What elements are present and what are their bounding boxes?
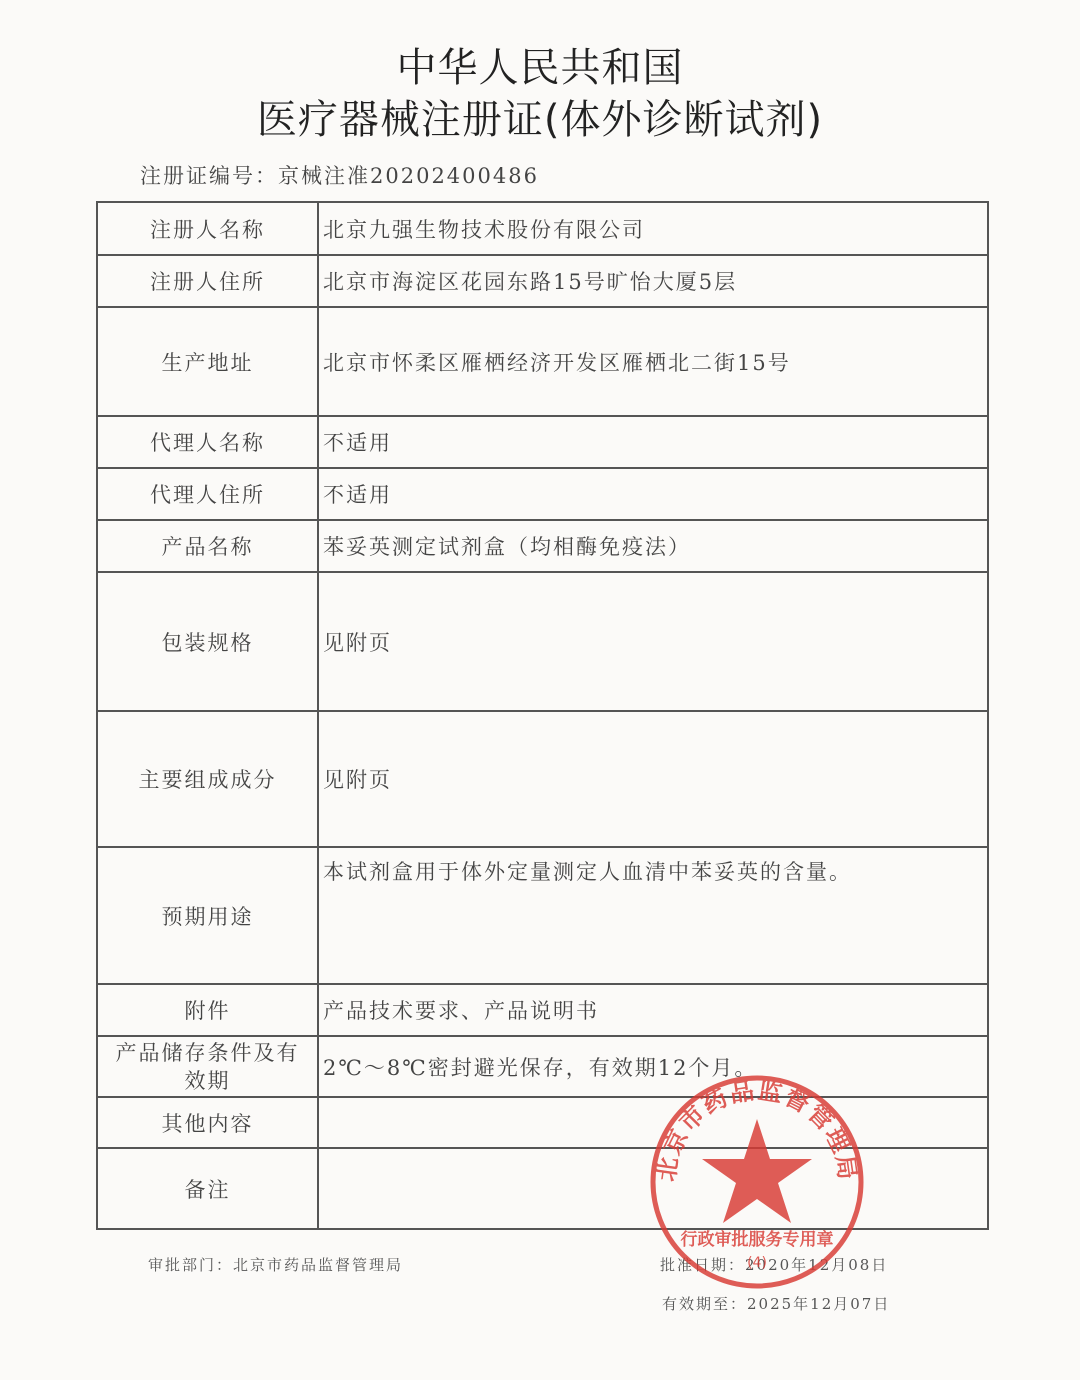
row-value bbox=[318, 1097, 988, 1148]
table-row: 生产地址 北京市怀柔区雁栖经济开发区雁栖北二街15号 bbox=[97, 307, 988, 416]
row-value: 北京市海淀区花园东路15号旷怡大厦5层 bbox=[318, 255, 988, 307]
svg-text:行政审批服务专用章: 行政审批服务专用章 bbox=[681, 1229, 834, 1250]
approval-department: 审批部门：北京市药品监督管理局 bbox=[148, 1254, 403, 1275]
row-value: 不适用 bbox=[318, 468, 988, 520]
row-value: 见附页 bbox=[318, 711, 988, 847]
document-title-line1: 中华人民共和国 bbox=[0, 36, 1080, 93]
table-row: 注册人住所 北京市海淀区花园东路15号旷怡大厦5层 bbox=[97, 255, 988, 307]
row-value bbox=[318, 1148, 988, 1229]
row-value: 苯妥英测定试剂盒（均相酶免疫法） bbox=[318, 520, 988, 572]
row-label: 产品储存条件及有 效期 bbox=[97, 1036, 318, 1097]
row-label-line2: 效期 bbox=[98, 1067, 317, 1095]
row-value: 2℃～8℃密封避光保存，有效期12个月。 bbox=[318, 1036, 988, 1097]
row-label: 代理人住所 bbox=[97, 468, 318, 520]
row-value: 本试剂盒用于体外定量测定人血清中苯妥英的含量。 bbox=[318, 847, 988, 984]
certificate-table: 注册人名称 北京九强生物技术股份有限公司 注册人住所 北京市海淀区花园东路15号… bbox=[96, 201, 989, 1230]
table-row: 附件 产品技术要求、产品说明书 bbox=[97, 984, 988, 1036]
valid-until: 有效期至：2025年12月07日 bbox=[662, 1293, 890, 1314]
table-row: 其他内容 bbox=[97, 1097, 988, 1148]
table-row: 主要组成成分 见附页 bbox=[97, 711, 988, 847]
row-value: 产品技术要求、产品说明书 bbox=[318, 984, 988, 1036]
row-label: 预期用途 bbox=[97, 847, 318, 984]
table-row: 产品储存条件及有 效期 2℃～8℃密封避光保存，有效期12个月。 bbox=[97, 1036, 988, 1097]
row-label-line1: 产品储存条件及有 bbox=[98, 1039, 317, 1067]
row-label: 主要组成成分 bbox=[97, 711, 318, 847]
table-row: 产品名称 苯妥英测定试剂盒（均相酶免疫法） bbox=[97, 520, 988, 572]
registration-number-label: 注册证编号： bbox=[140, 164, 278, 188]
registration-number-value: 京械注准20202400486 bbox=[278, 164, 539, 188]
row-value: 见附页 bbox=[318, 572, 988, 711]
row-label: 产品名称 bbox=[97, 520, 318, 572]
table-row: 预期用途 本试剂盒用于体外定量测定人血清中苯妥英的含量。 bbox=[97, 847, 988, 984]
table-row: 代理人住所 不适用 bbox=[97, 468, 988, 520]
row-label: 附件 bbox=[97, 984, 318, 1036]
table-row: 代理人名称 不适用 bbox=[97, 416, 988, 468]
table-row: 备注 bbox=[97, 1148, 988, 1229]
row-value: 北京市怀柔区雁栖经济开发区雁栖北二街15号 bbox=[318, 307, 988, 416]
registration-number: 注册证编号：京械注准20202400486 bbox=[140, 160, 539, 190]
row-label: 包装规格 bbox=[97, 572, 318, 711]
row-label: 备注 bbox=[97, 1148, 318, 1229]
approval-date: 批准日期：2020年12月08日 bbox=[660, 1254, 888, 1275]
row-value: 不适用 bbox=[318, 416, 988, 468]
table-row: 包装规格 见附页 bbox=[97, 572, 988, 711]
row-value: 北京九强生物技术股份有限公司 bbox=[318, 202, 988, 255]
row-label: 代理人名称 bbox=[97, 416, 318, 468]
table-row: 注册人名称 北京九强生物技术股份有限公司 bbox=[97, 202, 988, 255]
document-title-line2: 医疗器械注册证(体外诊断试剂) bbox=[0, 88, 1080, 145]
row-label: 其他内容 bbox=[97, 1097, 318, 1148]
row-label: 注册人名称 bbox=[97, 202, 318, 255]
row-label: 生产地址 bbox=[97, 307, 318, 416]
row-label: 注册人住所 bbox=[97, 255, 318, 307]
